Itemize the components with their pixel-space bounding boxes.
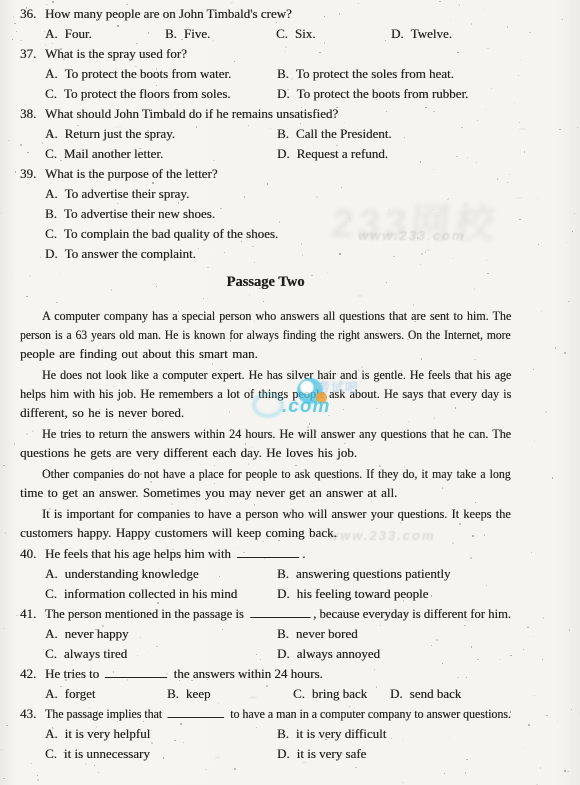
option-label: A. [45, 66, 58, 81]
option-text: Mail another letter. [64, 146, 163, 161]
question-41: 41.The person mentioned in the passage i… [20, 604, 511, 624]
stem-text-post: , because everyday is different for him. [313, 606, 511, 621]
stem-text-post: . [302, 546, 305, 561]
option-label: A. [45, 726, 58, 741]
option-label: D. [277, 86, 290, 101]
passage-line-text: questions he gets are very different eac… [20, 443, 357, 462]
page-content: 36.How many people are on John Timbald's… [20, 0, 511, 764]
option-C: C.it is unnecessary [45, 744, 277, 764]
question-stem-line: What is the purpose of the letter? [45, 164, 218, 184]
option-A: A.it is very helpful [45, 724, 277, 744]
option-D: D.his feeling toward people [277, 584, 511, 604]
question-number: 42. [20, 664, 45, 684]
question-stem: He tries to the answers within 24 hours. [45, 664, 511, 684]
option-A: A.forget [45, 684, 167, 704]
question-stem-line: The passage implies that to have a man i… [45, 704, 511, 724]
option-label: C. [276, 26, 288, 41]
passage-paragraph: A computer company has a special person … [20, 306, 511, 363]
question-stem-line: He tries to the answers within 24 hours. [45, 664, 323, 684]
option-text: it is very difficult [296, 726, 386, 741]
question-37: 37.What is the spray used for? [20, 44, 511, 64]
passage-line-text: He does not look like a computer expert.… [42, 365, 511, 384]
scanned-page: 233网校 www.233.com www.233.com 36.How man… [0, 0, 580, 785]
question-stem: What should John Timbald do if he remain… [45, 104, 511, 124]
stem-text-pre: The person mentioned in the passage is [45, 606, 244, 621]
option-D: D.Request a refund. [277, 144, 511, 164]
question-39: 39.What is the purpose of the letter? [20, 164, 511, 184]
option-text: Four. [65, 26, 92, 41]
option-row: C.always tiredD.always annoyed [45, 644, 511, 664]
option-D: D.always annoyed [277, 644, 511, 664]
option-label: B. [277, 566, 289, 581]
option-A: A.never happy [45, 624, 277, 644]
exam-paper-scan: { "page": { "paper_color": "#f5f4ef", "i… [0, 0, 580, 785]
question-42: 42.He tries to the answers within 24 hou… [20, 664, 511, 684]
option-text: always annoyed [297, 646, 380, 661]
passage-line: Other companies do not have a place for … [20, 464, 511, 483]
option-row: C.To complain the bad quality of the sho… [45, 224, 511, 244]
question-36: 36.How many people are on John Timbald's… [20, 4, 511, 24]
option-B: B.keep [167, 684, 293, 704]
option-B: B.answering questions patiently [277, 564, 511, 584]
option-text: never bored [296, 626, 358, 641]
question-stem-line: What is the spray used for? [45, 44, 187, 64]
question-number: 39. [20, 164, 45, 184]
question-number: 40. [20, 544, 45, 564]
option-A: A.Return just the spray. [45, 124, 277, 144]
passage-line-text: customers happy. Happy customers will ke… [20, 523, 337, 542]
option-text: understanding knowledge [65, 566, 199, 581]
question-stem-line: He feels that his age helps him with . [45, 544, 305, 564]
option-text: bring back [312, 686, 367, 701]
option-label: A. [45, 126, 58, 141]
question-stem: How many people are on John Timbald's cr… [45, 4, 511, 24]
passage-line-text: person is a 63 years old man. He is know… [20, 325, 511, 344]
passage-line: He does not look like a computer expert.… [20, 365, 511, 384]
option-C: C.To protect the floors from soles. [45, 84, 277, 104]
passage-line: helps him with his job. He remembers a l… [20, 384, 511, 403]
option-row: B.To advertise their new shoes. [45, 204, 511, 224]
option-row: A.it is very helpfulB.it is very difficu… [45, 724, 511, 744]
option-row: C.Mail another letter.D.Request a refund… [45, 144, 511, 164]
option-text: send back [410, 686, 462, 701]
passage-line: time to get an answer. Sometimes you may… [20, 483, 511, 502]
question-stem-line: The person mentioned in the passage is ,… [45, 604, 511, 624]
option-text: Five. [184, 26, 210, 41]
question-stem: What is the spray used for? [45, 44, 511, 64]
option-text: it is very helpful [65, 726, 151, 741]
stem-text-pre: The passage implies that [45, 706, 162, 721]
option-D: D.it is very safe [277, 744, 511, 764]
option-row: A.never happyB.never bored [45, 624, 511, 644]
passage-title: Passage Two [20, 272, 511, 292]
option-A: A.To advertise their spray. [45, 186, 189, 201]
passage-line-text: Other companies do not have a place for … [42, 464, 511, 483]
question-stem-line: How many people are on John Timbald's cr… [45, 4, 292, 24]
option-label: C. [45, 226, 57, 241]
option-text: forget [65, 686, 96, 701]
question-40: 40.He feels that his age helps him with … [20, 544, 511, 564]
passage-line: people are finding out about this smart … [20, 344, 511, 363]
option-C: C.always tired [45, 644, 277, 664]
passage-line-text: He tries to return the answers within 24… [42, 424, 511, 443]
passage-paragraph: Other companies do not have a place for … [20, 464, 511, 502]
question-stem-line: What should John Timbald do if he remain… [45, 104, 338, 124]
passage-line-text: A computer company has a special person … [42, 306, 511, 325]
stem-text-pre: What should John Timbald do if he remain… [45, 106, 338, 121]
option-label: C. [45, 646, 57, 661]
passage-line: He tries to return the answers within 24… [20, 424, 511, 443]
question-number: 36. [20, 4, 45, 24]
option-row: A.To protect the boots from water.B.To p… [45, 64, 511, 84]
option-label: D. [277, 646, 290, 661]
passage-line: customers happy. Happy customers will ke… [20, 523, 511, 542]
option-text: To complain the bad quality of the shoes… [64, 226, 278, 241]
option-D: D.To answer the complaint. [45, 246, 196, 261]
stem-text-pre: What is the purpose of the letter? [45, 166, 218, 181]
option-text: Six. [295, 26, 316, 41]
option-label: B. [165, 26, 177, 41]
option-text: information collected in his mind [64, 586, 237, 601]
option-B: B.To advertise their new shoes. [45, 206, 215, 221]
option-label: B. [277, 626, 289, 641]
option-row: A.Return just the spray.B.Call the Presi… [45, 124, 511, 144]
question-38: 38.What should John Timbald do if he rem… [20, 104, 511, 124]
option-label: A. [45, 566, 58, 581]
option-text: Call the President. [296, 126, 392, 141]
option-text: answering questions patiently [296, 566, 451, 581]
stem-text-post: to have a man in a computer company to a… [230, 706, 511, 721]
question-number: 41. [20, 604, 45, 624]
option-label: B. [167, 686, 179, 701]
question-stem: The person mentioned in the passage is ,… [45, 604, 511, 624]
option-label: C. [45, 146, 57, 161]
option-label: D. [45, 246, 58, 261]
option-label: A. [45, 186, 58, 201]
option-text: keep [186, 686, 211, 701]
passage-line-text: people are finding out about this smart … [20, 344, 258, 363]
option-text: To protect the floors from soles. [64, 86, 231, 101]
option-B: B.it is very difficult [277, 724, 511, 744]
option-label: C. [293, 686, 305, 701]
passage-line: questions he gets are very different eac… [20, 443, 511, 462]
answer-blank [105, 666, 167, 678]
option-label: D. [277, 146, 290, 161]
option-row: A.understanding knowledgeB.answering que… [45, 564, 511, 584]
stem-text-post: the answers within 24 hours. [174, 666, 323, 681]
option-text: Twelve. [411, 26, 452, 41]
question-stem: The passage implies that to have a man i… [45, 704, 511, 724]
passage-body: A computer company has a special person … [20, 306, 511, 542]
option-text: To protect the boots from rubber. [297, 86, 469, 101]
option-text: To advertise their spray. [65, 186, 190, 201]
option-label: B. [277, 126, 289, 141]
option-label: D. [277, 746, 290, 761]
passage-paragraph: It is important for companies to have a … [20, 504, 511, 542]
option-label: B. [277, 66, 289, 81]
option-label: A. [45, 26, 58, 41]
option-C: C.bring back [293, 684, 390, 704]
question-number: 38. [20, 104, 45, 124]
option-D: D.send back [390, 684, 511, 704]
questions-40-43: 40.He feels that his age helps him with … [20, 544, 511, 764]
option-A: A.Four. [45, 24, 165, 44]
answer-blank [250, 606, 310, 618]
passage-paragraph: He does not look like a computer expert.… [20, 365, 511, 422]
passage-line: A computer company has a special person … [20, 306, 511, 325]
option-label: C. [45, 86, 57, 101]
passage-line-text: helps him with his job. He remembers a l… [20, 384, 511, 403]
option-text: Request a refund. [297, 146, 388, 161]
option-text: To answer the complaint. [65, 246, 196, 261]
question-stem: He feels that his age helps him with . [45, 544, 511, 564]
option-text: never happy [65, 626, 129, 641]
option-B: B.never bored [277, 624, 511, 644]
option-label: A. [45, 626, 58, 641]
answer-blank [237, 546, 299, 558]
passage-line-text: It is important for companies to have a … [42, 504, 511, 523]
option-C: C.To complain the bad quality of the sho… [45, 226, 278, 241]
option-B: B.Five. [165, 24, 276, 44]
passage-paragraph: He tries to return the answers within 24… [20, 424, 511, 462]
option-B: B.To protect the soles from heat. [277, 64, 511, 84]
stem-text-pre: He feels that his age helps him with [45, 546, 231, 561]
option-row: A.To advertise their spray. [45, 184, 511, 204]
option-row: C.it is unnecessaryD.it is very safe [45, 744, 511, 764]
question-stem: What is the purpose of the letter? [45, 164, 511, 184]
option-text: his feeling toward people [297, 586, 429, 601]
answer-blank [168, 706, 225, 718]
option-text: it is very safe [297, 746, 367, 761]
passage-line: person is a 63 years old man. He is know… [20, 325, 511, 344]
option-A: A.To protect the boots from water. [45, 64, 277, 84]
question-43: 43.The passage implies that to have a ma… [20, 704, 511, 724]
option-row: C.To protect the floors from soles.D.To … [45, 84, 511, 104]
option-label: C. [45, 746, 57, 761]
option-C: C.information collected in his mind [45, 584, 277, 604]
option-text: To advertise their new shoes. [64, 206, 215, 221]
stem-text-pre: How many people are on John Timbald's cr… [45, 6, 292, 21]
option-text: it is unnecessary [64, 746, 150, 761]
option-row: A.forgetB.keepC.bring backD.send back [45, 684, 511, 704]
option-row: A.Four.B.Five.C.Six.D.Twelve. [45, 24, 511, 44]
passage-line-text: different, so he is never bored. [20, 403, 184, 422]
option-label: D. [277, 586, 290, 601]
stem-text-pre: What is the spray used for? [45, 46, 187, 61]
option-text: Return just the spray. [65, 126, 175, 141]
option-text: To protect the boots from water. [65, 66, 232, 81]
option-label: B. [277, 726, 289, 741]
option-C: C.Six. [276, 24, 391, 44]
passage-line: different, so he is never bored. [20, 403, 511, 422]
option-C: C.Mail another letter. [45, 144, 277, 164]
option-label: D. [391, 26, 404, 41]
option-D: D.Twelve. [391, 24, 511, 44]
stem-text-pre: He tries to [45, 666, 99, 681]
questions-36-39: 36.How many people are on John Timbald's… [20, 4, 511, 264]
option-label: B. [45, 206, 57, 221]
option-label: D. [390, 686, 403, 701]
option-row: C.information collected in his mindD.his… [45, 584, 511, 604]
option-row: D.To answer the complaint. [45, 244, 511, 264]
question-number: 43. [20, 704, 45, 724]
option-B: B.Call the President. [277, 124, 511, 144]
option-D: D.To protect the boots from rubber. [277, 84, 511, 104]
option-text: always tired [64, 646, 127, 661]
passage-line: It is important for companies to have a … [20, 504, 511, 523]
passage-line-text: time to get an answer. Sometimes you may… [20, 483, 397, 502]
option-label: C. [45, 586, 57, 601]
option-text: To protect the soles from heat. [296, 66, 454, 81]
option-label: A. [45, 686, 58, 701]
question-number: 37. [20, 44, 45, 64]
option-A: A.understanding knowledge [45, 564, 277, 584]
